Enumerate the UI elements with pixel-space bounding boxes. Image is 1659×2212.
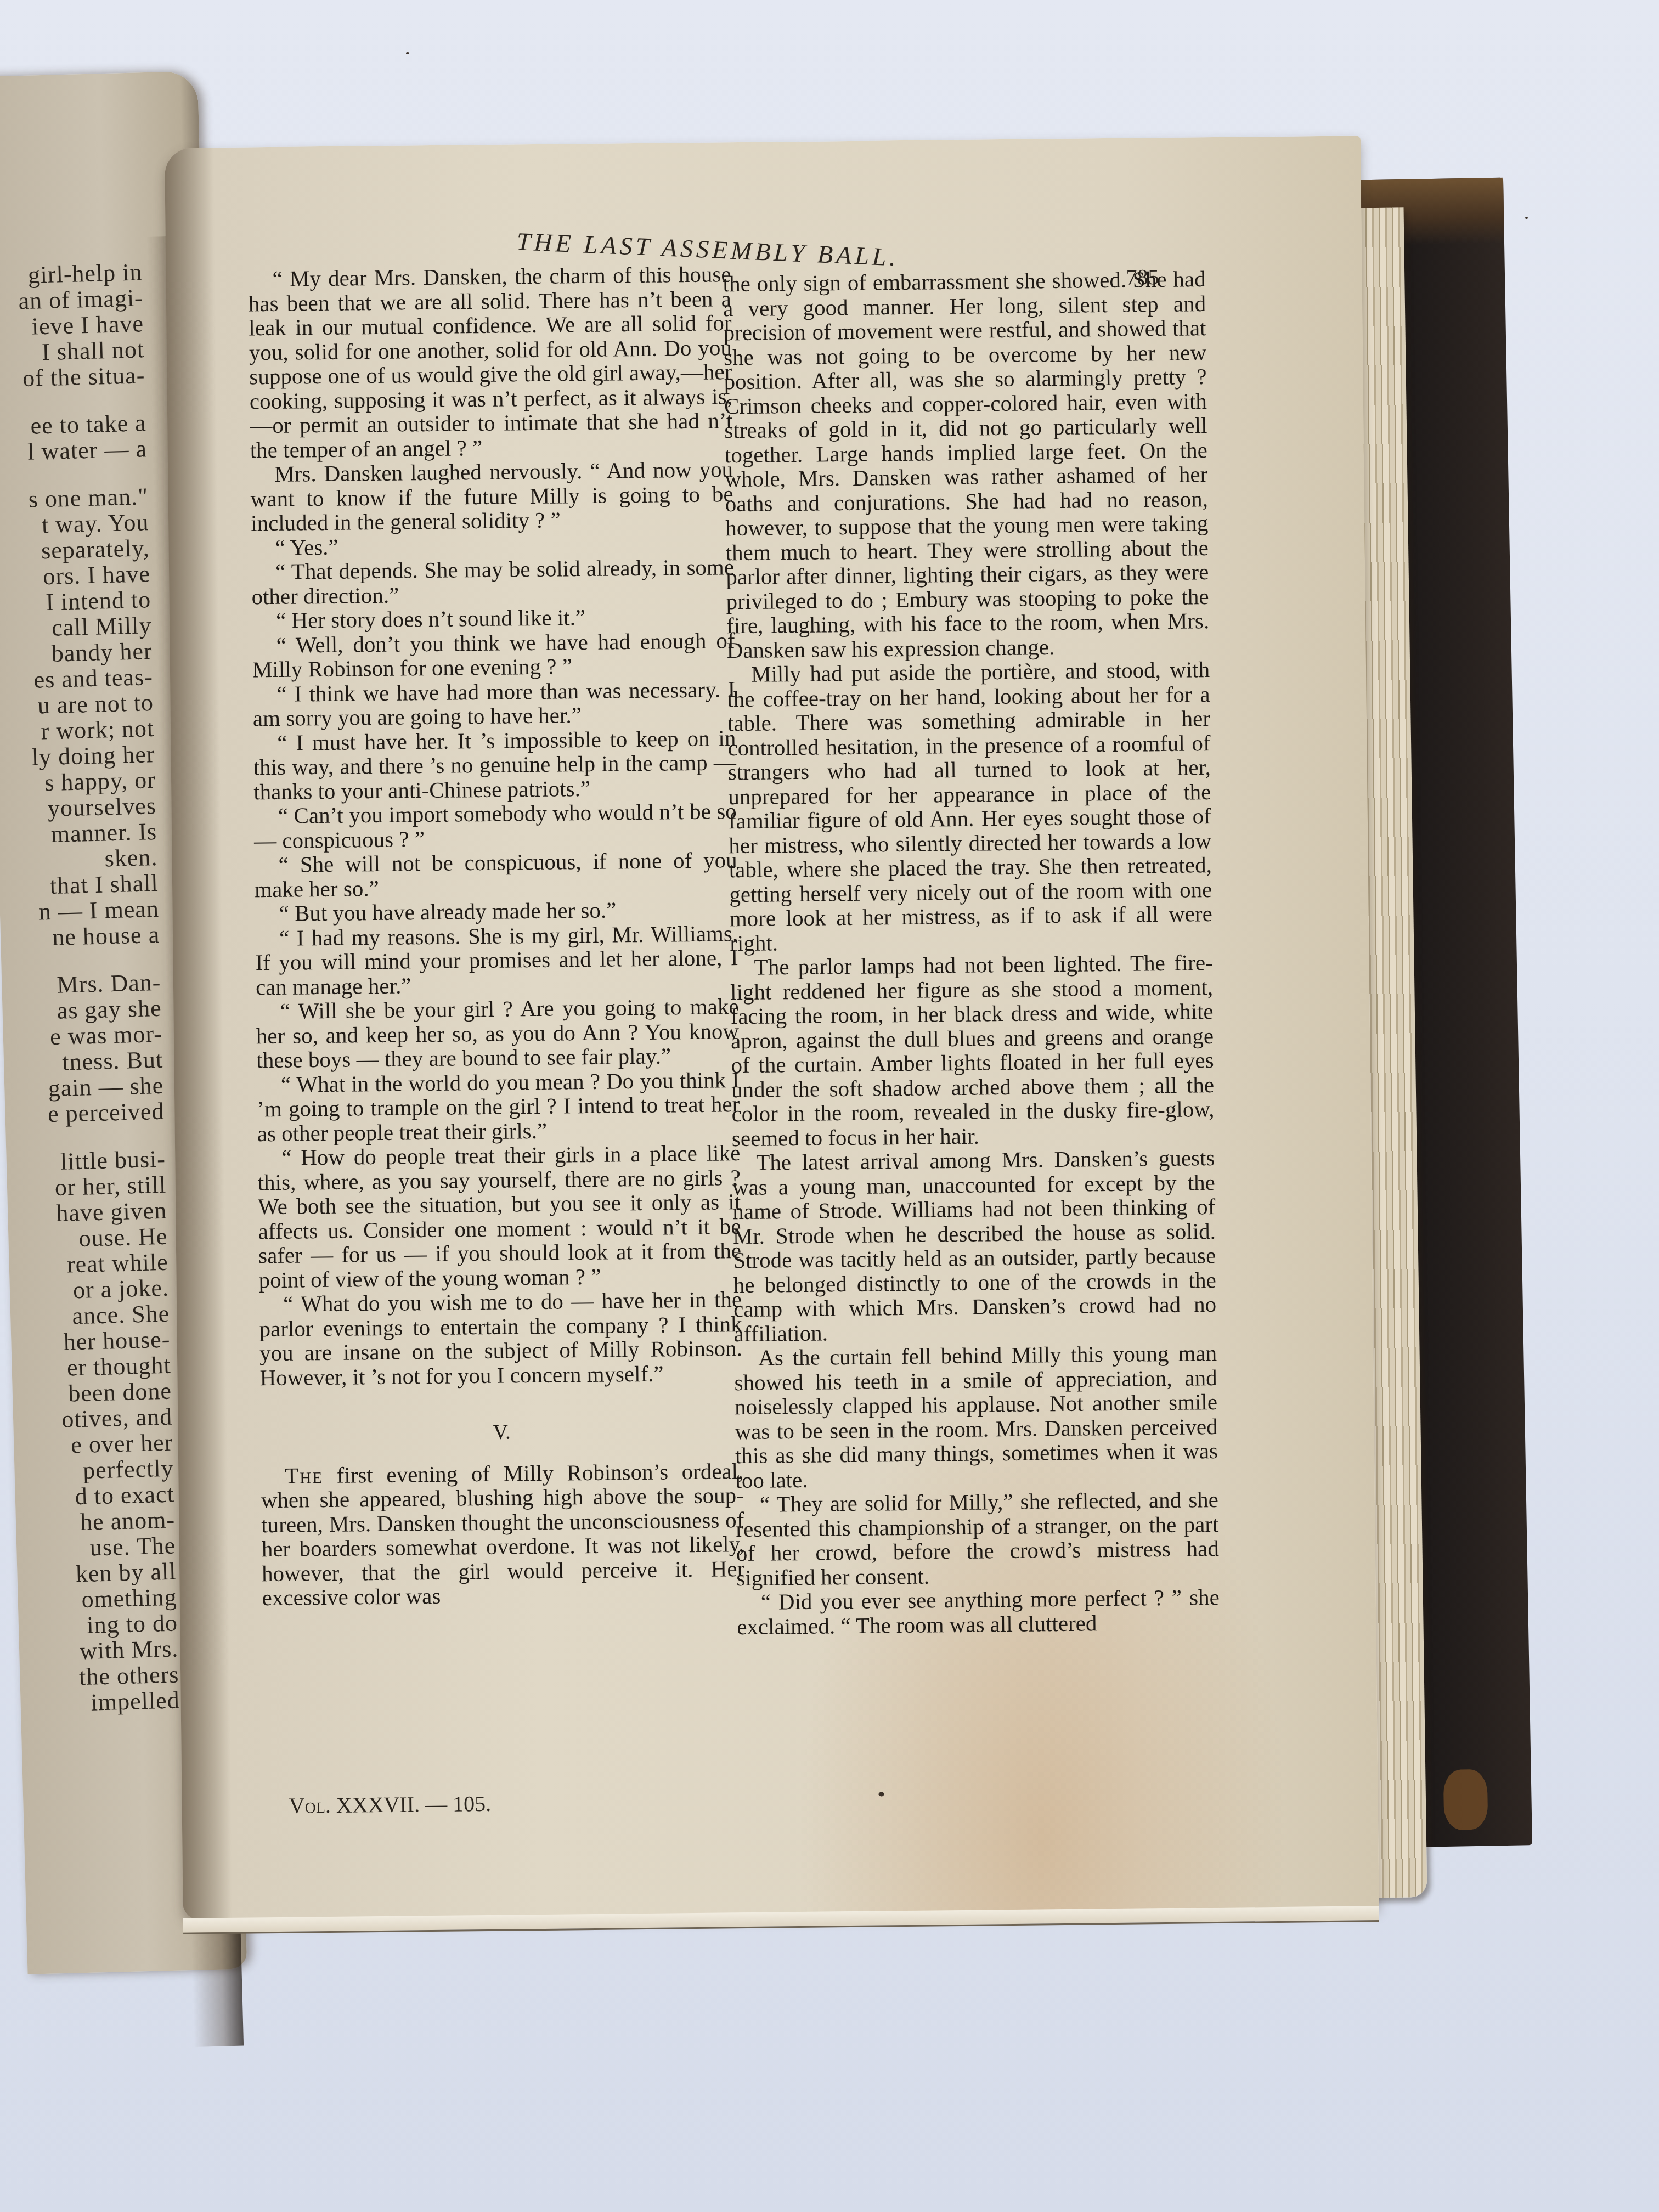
photo-scene: girl-help inan of imagi-ieve I haveI sha… [0, 0, 1659, 2212]
paragraph: “ That depends. She may be solid already… [251, 555, 735, 608]
paragraph: “ Will she be your girl ? Are you going … [256, 994, 739, 1073]
paragraph: “ How do people treat their girls in a p… [257, 1141, 742, 1292]
dust-speck [1525, 217, 1528, 219]
folio-vol: Vol. [289, 1793, 331, 1818]
paragraph: The latest arrival among Mrs. Dansken’s … [732, 1145, 1217, 1346]
paragraph: “ Did you ever see anything more perfect… [737, 1585, 1220, 1639]
page-bottom-edge [183, 1906, 1379, 1934]
paragraph: As the curtain fell behind Milly this yo… [734, 1341, 1218, 1492]
left-page-line: ne house a [1, 922, 160, 952]
paragraph: “ I must have her. It ’s impossible to k… [253, 726, 736, 804]
paragraph: The parlor lamps had not been lighted. T… [730, 950, 1215, 1150]
paragraph: “ My dear Mrs. Dansken, the charm of thi… [248, 262, 733, 462]
right-column: the only sign of embarrassment she showe… [723, 267, 1220, 1639]
dust-speck [406, 52, 409, 54]
paragraph: “ I think we have had more than was nece… [252, 677, 736, 731]
folio-text: XXXVII. — 105. [331, 1791, 492, 1818]
book-page: THE LAST ASSEMBLY BALL. 785 “ My dear Mr… [165, 136, 1379, 1920]
paragraph: the only sign of embarrassment she showe… [723, 267, 1209, 662]
left-page-line: impelled [20, 1687, 180, 1717]
paragraph: Milly had put aside the portière, and st… [727, 657, 1213, 955]
paper-speck [878, 1792, 884, 1796]
right-column-paragraphs: the only sign of embarrassment she showe… [723, 267, 1220, 1639]
left-page-line: l water — a [0, 436, 147, 466]
paragraph: “ I had my reasons. She is my girl, Mr. … [255, 921, 738, 1000]
section-opening-text: first evening of Milly Robinson’s ordeal… [261, 1458, 745, 1611]
paragraph: Mrs. Dansken laughed nervously. “ And no… [250, 457, 733, 535]
left-page-line: of the situa- [0, 362, 145, 392]
paragraph: “ Can’t you import somebody who would n’… [254, 799, 737, 853]
cover-wear-mark [1443, 1769, 1488, 1830]
volume-folio: Vol. XXXVII. — 105. [289, 1791, 491, 1819]
dropcap-word: The [285, 1463, 323, 1488]
paragraph: “ What do you wish me to do — have her i… [259, 1287, 743, 1390]
paragraph: “ What in the world do you mean ? Do you… [257, 1068, 740, 1146]
paragraph: “ She will not be conspicuous, if none o… [254, 848, 737, 901]
left-column: “ My dear Mrs. Dansken, the charm of thi… [248, 262, 745, 1610]
left-page-line: e perceived [5, 1098, 165, 1128]
section-number: V. [260, 1418, 743, 1447]
left-column-paragraphs: “ My dear Mrs. Dansken, the charm of thi… [248, 262, 742, 1390]
section-opening-paragraph: The first evening of Milly Robinson’s or… [261, 1459, 745, 1610]
paragraph: “ Well, don’t you think we have had enou… [252, 628, 735, 682]
paragraph: “ They are solid for Milly,” she reflect… [736, 1487, 1220, 1590]
